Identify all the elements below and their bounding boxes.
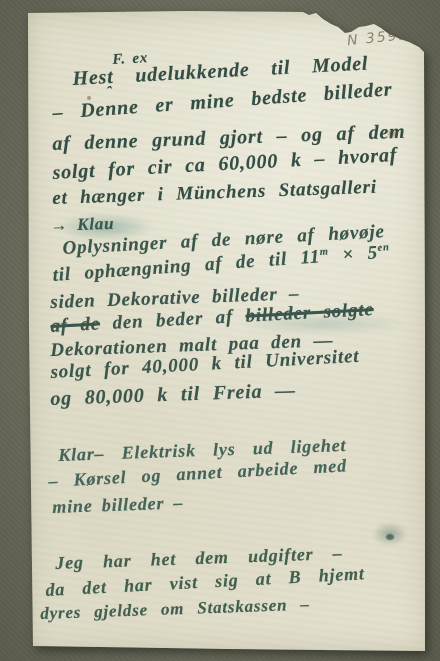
handwriting-line: mine billeder – <box>52 492 184 518</box>
manuscript-paper: N 3595 F. exˆHest udelukkende til Model–… <box>28 10 428 652</box>
ink-smudge <box>372 522 408 546</box>
handwriting-text: en <box>377 242 390 254</box>
handwriting-text: af de <box>50 313 101 337</box>
scan-background-mat: N 3595 F. exˆHest udelukkende til Model–… <box>0 0 440 661</box>
handwriting-text: mine billeder – <box>52 492 184 517</box>
archive-number: N 3595 <box>346 27 410 49</box>
ink-smudge-dot <box>386 534 394 540</box>
handwriting-text: og 80,000 k til Freia — <box>50 379 296 410</box>
handwriting-line: og 80,000 k til Freia — <box>50 379 296 411</box>
paper-shadow-wrap: N 3595 F. exˆHest udelukkende til Model–… <box>28 10 428 652</box>
handwriting-text: → Klau <box>50 214 115 235</box>
handwriting-line: → Klau <box>50 214 115 236</box>
handwriting-text: × 5 <box>328 242 378 266</box>
